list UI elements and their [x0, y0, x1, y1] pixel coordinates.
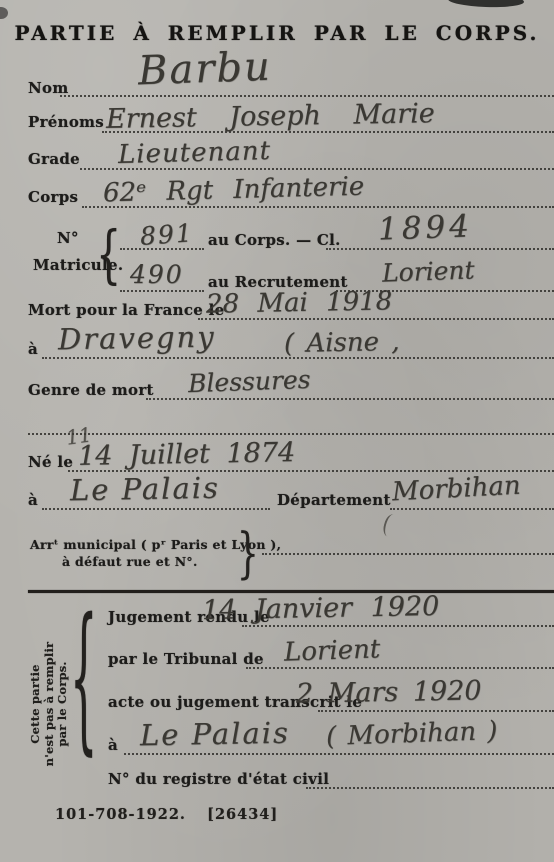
- footer-reference: [26434]: [207, 806, 278, 823]
- deces-lieu-value: Dravegny: [58, 323, 216, 355]
- transcrit-departement-value: ( Morbihan ): [326, 718, 498, 750]
- ne-le-value: 14 Juillet 1874: [78, 439, 296, 470]
- side-note-line3: par le Corps.: [56, 616, 70, 792]
- registre-label: N° du registre d'état civil: [108, 771, 329, 788]
- scanned-military-death-record: PARTIE À REMPLIR PAR LE CORPS. Nom Barbu…: [0, 0, 554, 862]
- scan-smudge-top-left: [0, 7, 8, 19]
- dotted-line: [42, 508, 270, 510]
- genre-mort-label: Genre de mort: [28, 382, 154, 399]
- naissance-lieu-label: à: [28, 492, 38, 509]
- matricule-corps-number: 891: [139, 220, 194, 249]
- matricule-label-top: N°: [57, 230, 79, 247]
- prenoms-value: Ernest Joseph Marie: [106, 100, 435, 133]
- dotted-line: [390, 508, 554, 510]
- arrondissement-brace: }: [237, 528, 259, 582]
- au-corps-label: au Corps. — Cl.: [208, 232, 341, 249]
- dotted-line: [326, 248, 554, 250]
- dotted-line: [318, 710, 554, 712]
- transcrit-lieu-label: à: [108, 737, 118, 754]
- dotted-line: [124, 753, 554, 755]
- ne-le-label: Né le: [28, 454, 73, 471]
- departement-label: Département: [277, 492, 391, 509]
- dotted-line: [120, 290, 204, 292]
- footer-print-code: 101-708-1922.: [55, 806, 186, 823]
- side-note-line1: Cette partie: [29, 616, 43, 792]
- arrondissement-line2: à défaut rue et N°.: [62, 555, 198, 569]
- prenoms-label: Prénoms: [28, 114, 104, 131]
- genre-mort-value: Blessures: [188, 367, 311, 396]
- corps-label: Corps: [28, 189, 78, 206]
- section-divider: [28, 590, 554, 593]
- footer: 101-708-1922. [26434]: [55, 804, 278, 823]
- dotted-line: [262, 553, 554, 555]
- mort-date-value: 28 Mai 1918: [206, 288, 393, 317]
- naissance-lieu-value: Le Palais: [70, 474, 220, 506]
- deces-departement-value: ( Aisne ,: [284, 329, 400, 357]
- dotted-line: [28, 433, 554, 435]
- mort-label: Mort pour la France le: [28, 302, 224, 319]
- form-title: PARTIE À REMPLIR PAR LE CORPS.: [0, 21, 554, 45]
- nom-value: Barbu: [137, 47, 272, 92]
- dotted-line: [306, 787, 554, 789]
- corps-value: 62ᵉ Rgt Infanterie: [103, 174, 365, 207]
- jugement-section-brace: {: [70, 599, 97, 758]
- dotted-line: [242, 625, 554, 627]
- stray-pen-mark: [381, 513, 400, 539]
- dotted-line: [60, 95, 554, 97]
- classe-value: 1894: [377, 211, 473, 245]
- scan-smudge-top-right: [448, 0, 524, 8]
- grade-label: Grade: [28, 151, 80, 168]
- tribunal-label: par le Tribunal de: [108, 651, 264, 668]
- dotted-line: [146, 398, 554, 400]
- side-note-line2: n'est pas à remplir: [43, 616, 57, 792]
- matricule-brace: {: [96, 225, 121, 287]
- grade-value: Lieutenant: [118, 138, 272, 168]
- matricule-recrutement-number: 490: [130, 262, 184, 287]
- recrutement-place-value: Lorient: [382, 257, 475, 285]
- transcrit-value: 2 Mars 1920: [296, 677, 482, 707]
- jugement-rendu-value: 14 Janvier 1920: [202, 593, 440, 624]
- deces-lieu-label: à: [28, 341, 38, 358]
- transcrit-lieu-value: Le Palais: [140, 719, 290, 751]
- tribunal-value: Lorient: [284, 636, 381, 665]
- departement-value: Morbihan: [391, 473, 521, 506]
